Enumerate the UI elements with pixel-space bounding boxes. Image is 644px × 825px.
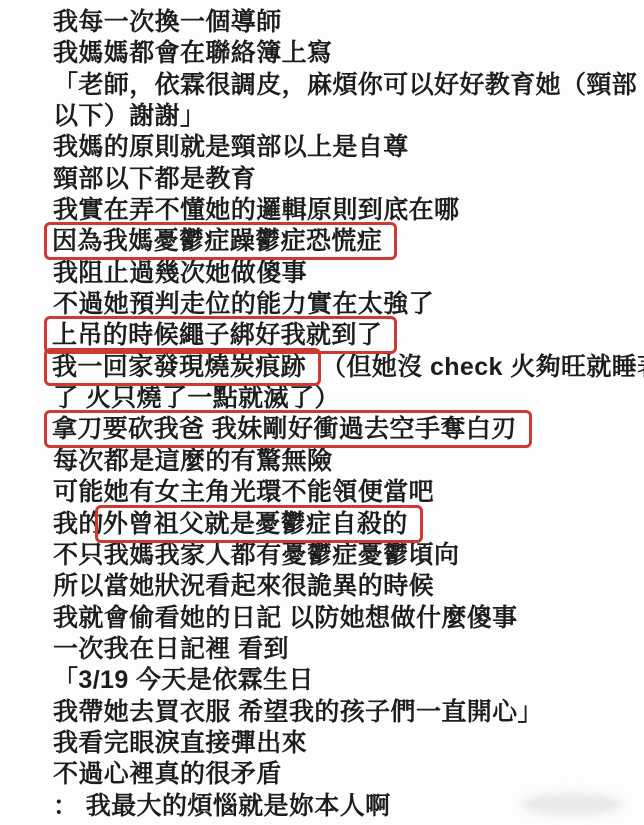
text-line: 我的外曾祖父就是憂鬱症自殺的 bbox=[53, 509, 644, 540]
text-line: 我就會偷看她的日記 以防她想做什麼傻事 bbox=[53, 603, 644, 634]
line-text: 不過她預判走位的能力實在太強了 bbox=[53, 290, 434, 318]
text-line: 所以當她狀況看起來很詭異的時候 bbox=[53, 571, 644, 602]
line-text: 了 火只燒了一點就滅了） bbox=[53, 384, 340, 412]
line-text: 我帶她去買衣服 希望我的孩子們一直開心」 bbox=[53, 698, 543, 726]
text-line: 我帶她去買衣服 希望我的孩子們一直開心」 bbox=[53, 697, 644, 728]
text-line: 一次我在日記裡 看到 bbox=[53, 634, 644, 665]
line-text: 一次我在日記裡 看到 bbox=[53, 635, 289, 663]
line-text: 所以當她狀況看起來很詭異的時候 bbox=[53, 572, 434, 600]
line-text: 不過心裡真的很矛盾 bbox=[53, 760, 282, 788]
text-line: 我一回家發現燒炭痕跡（但她沒 check 火夠旺就睡著 bbox=[53, 352, 644, 383]
text-line: 「3/19 今天是依霖生日 bbox=[53, 665, 644, 696]
line-text: 我每一次換一個導師 bbox=[53, 8, 282, 36]
text-line: 拿刀要砍我爸 我妹剛好衝過去空手奪白刃 bbox=[53, 414, 644, 445]
text-line: 我每一次換一個導師 bbox=[53, 7, 644, 38]
text-line: 不只我媽我家人都有憂鬱症憂鬱頃向 bbox=[53, 540, 644, 571]
line-text: 我媽媽都會在聯絡簿上寫 bbox=[53, 39, 332, 67]
line-text: 「3/19 今天是依霖生日 bbox=[53, 666, 314, 694]
line-text: 以下）謝謝」 bbox=[53, 102, 205, 130]
line-text: ： 我最大的煩惱就是妳本人啊 bbox=[53, 792, 391, 820]
line-text: 我媽的原則就是頸部以上是自尊 bbox=[53, 133, 409, 161]
line-text: 我就會偷看她的日記 以防她想做什麼傻事 bbox=[53, 604, 518, 632]
red-highlight-box: 因為我媽憂鬱症躁鬱症恐慌症 bbox=[44, 222, 397, 260]
text-line: 我看完眼淚直接彈出來 bbox=[53, 728, 644, 759]
line-text: 我實在弄不懂她的邏輯原則到底在哪 bbox=[53, 196, 459, 224]
text-line: 因為我媽憂鬱症躁鬱症恐慌症 bbox=[53, 226, 644, 257]
red-highlight-box: 拿刀要砍我爸 我妹剛好衝過去空手奪白刃 bbox=[44, 410, 532, 448]
line-text: 頸部以下都是教育 bbox=[53, 165, 256, 193]
screenshot-page: 我每一次換一個導師我媽媽都會在聯絡簿上寫「老師，依霖很調皮，麻煩你可以好好教育她… bbox=[0, 0, 644, 825]
line-text: 「老師，依霖很調皮，麻煩你可以好好教育她（頸部 bbox=[53, 71, 637, 99]
line-text: （但她沒 check 火夠旺就睡著 bbox=[321, 353, 644, 381]
text-line: 我阻止過幾次她做傻事 bbox=[53, 258, 644, 289]
line-text: 不只我媽我家人都有憂鬱症憂鬱頃向 bbox=[53, 541, 459, 569]
line-text: 我阻止過幾次她做傻事 bbox=[53, 259, 307, 287]
text-line: 每次都是這麼的有驚無險 bbox=[53, 446, 644, 477]
text-line: 不過心裡真的很矛盾 bbox=[53, 759, 644, 790]
red-highlight-box: 我一回家發現燒炭痕跡 bbox=[44, 348, 321, 386]
red-highlight-box: 外曾祖父就是憂鬱症自殺的 bbox=[95, 505, 423, 543]
text-line: 我媽媽都會在聯絡簿上寫 bbox=[53, 38, 644, 69]
text-block: 我每一次換一個導師我媽媽都會在聯絡簿上寫「老師，依霖很調皮，麻煩你可以好好教育她… bbox=[53, 7, 644, 822]
text-line: 以下）謝謝」 bbox=[53, 101, 644, 132]
text-line: 我媽的原則就是頸部以上是自尊 bbox=[53, 132, 644, 163]
line-text: 可能她有女主角光環不能領便當吧 bbox=[53, 478, 434, 506]
text-line: 頸部以下都是教育 bbox=[53, 164, 644, 195]
text-line: 「老師，依霖很調皮，麻煩你可以好好教育她（頸部 bbox=[53, 70, 644, 101]
line-text: 我看完眼淚直接彈出來 bbox=[53, 729, 307, 757]
watermark-smudge bbox=[522, 793, 622, 816]
text-line: 可能她有女主角光環不能領便當吧 bbox=[53, 477, 644, 508]
line-text: 每次都是這麼的有驚無險 bbox=[53, 447, 332, 475]
